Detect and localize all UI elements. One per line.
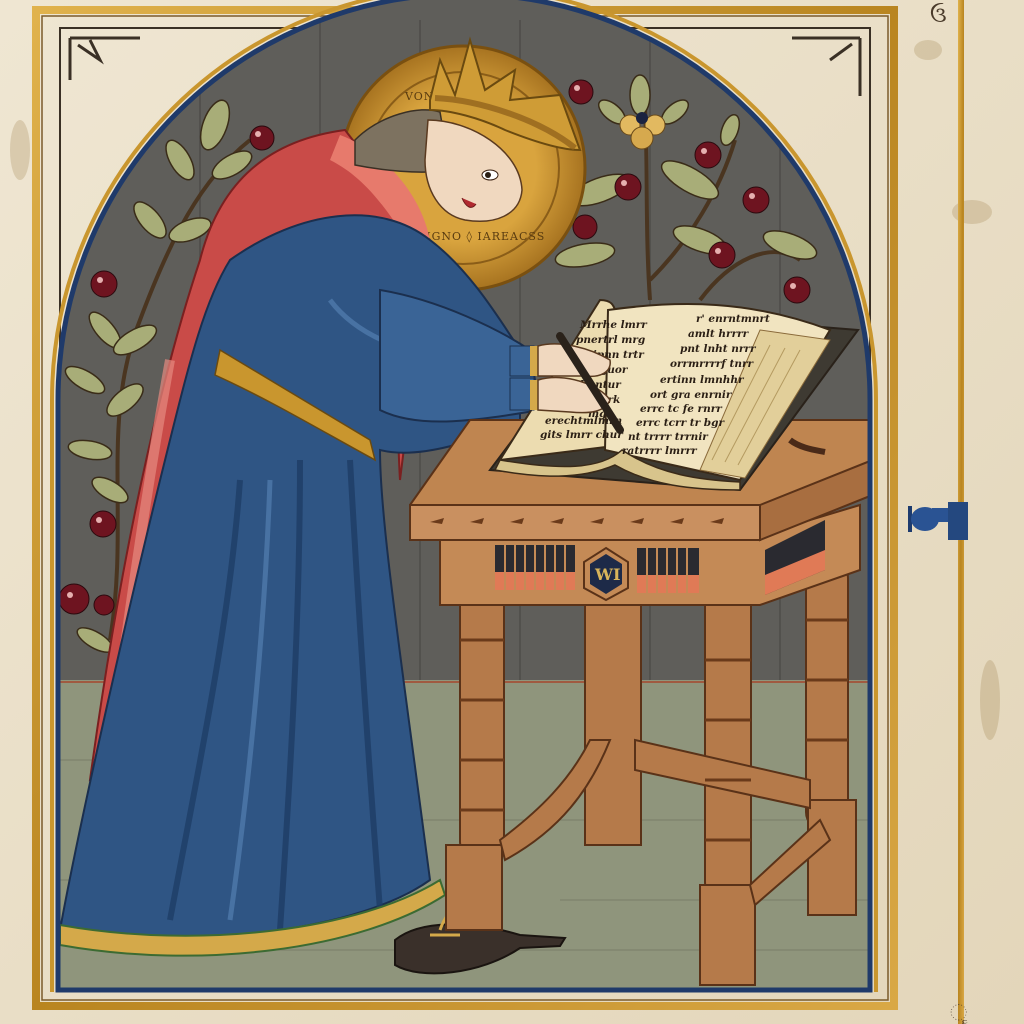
svg-text:pnertrl mrg: pnertrl mrg <box>576 334 645 346</box>
svg-text:pnt lnht nrrr: pnt lnht nrrr <box>680 343 757 355</box>
svg-text:ratrrrr lmrrr: ratrrrr lmrrr <box>622 445 698 457</box>
svg-text:errc tc fe rnrr: errc tc fe rnrr <box>640 403 723 415</box>
table-emblem-letters: WI <box>594 565 620 584</box>
svg-text:nt trrrr trrnir: nt trrrr trrnir <box>628 431 709 443</box>
manuscript-illustration: ઉ ૄ <box>0 0 1024 1024</box>
margin-glyph-bottom: ૄ <box>950 1001 967 1024</box>
svg-text:gits lmrr chur: gits lmrr chur <box>540 429 624 441</box>
table-leg-front-right <box>705 580 751 900</box>
table-leg-back-right <box>806 560 848 830</box>
svg-text:amlt hrrrr: amlt hrrrr <box>688 328 750 340</box>
svg-text:ertinn lmnhhr: ertinn lmnhhr <box>660 374 745 386</box>
arch-interior: VON ANGNO ◊ IAREACSS <box>40 0 900 1000</box>
table-foot-front-right <box>700 885 755 985</box>
table-foot-front-left <box>446 845 502 930</box>
svg-text:Mrrhe lmrr: Mrrhe lmrr <box>579 319 648 331</box>
svg-text:r' enrntmnrt: r' enrntmnrt <box>696 313 770 325</box>
illustration-svg: ઉ ૄ <box>0 0 1024 1024</box>
table-top-edge <box>410 505 760 540</box>
margin-glyph-top: ઉ <box>930 3 947 28</box>
table-leg-back-center <box>585 600 641 845</box>
table-foot-back-right <box>808 800 856 915</box>
svg-text:ort gra enrnir: ort gra enrnir <box>650 389 733 401</box>
svg-text:errc tcrr tr bgr: errc tcrr tr bgr <box>636 417 725 429</box>
svg-text:orrmrrrrf tnrr: orrmrrrrf tnrr <box>670 358 754 370</box>
